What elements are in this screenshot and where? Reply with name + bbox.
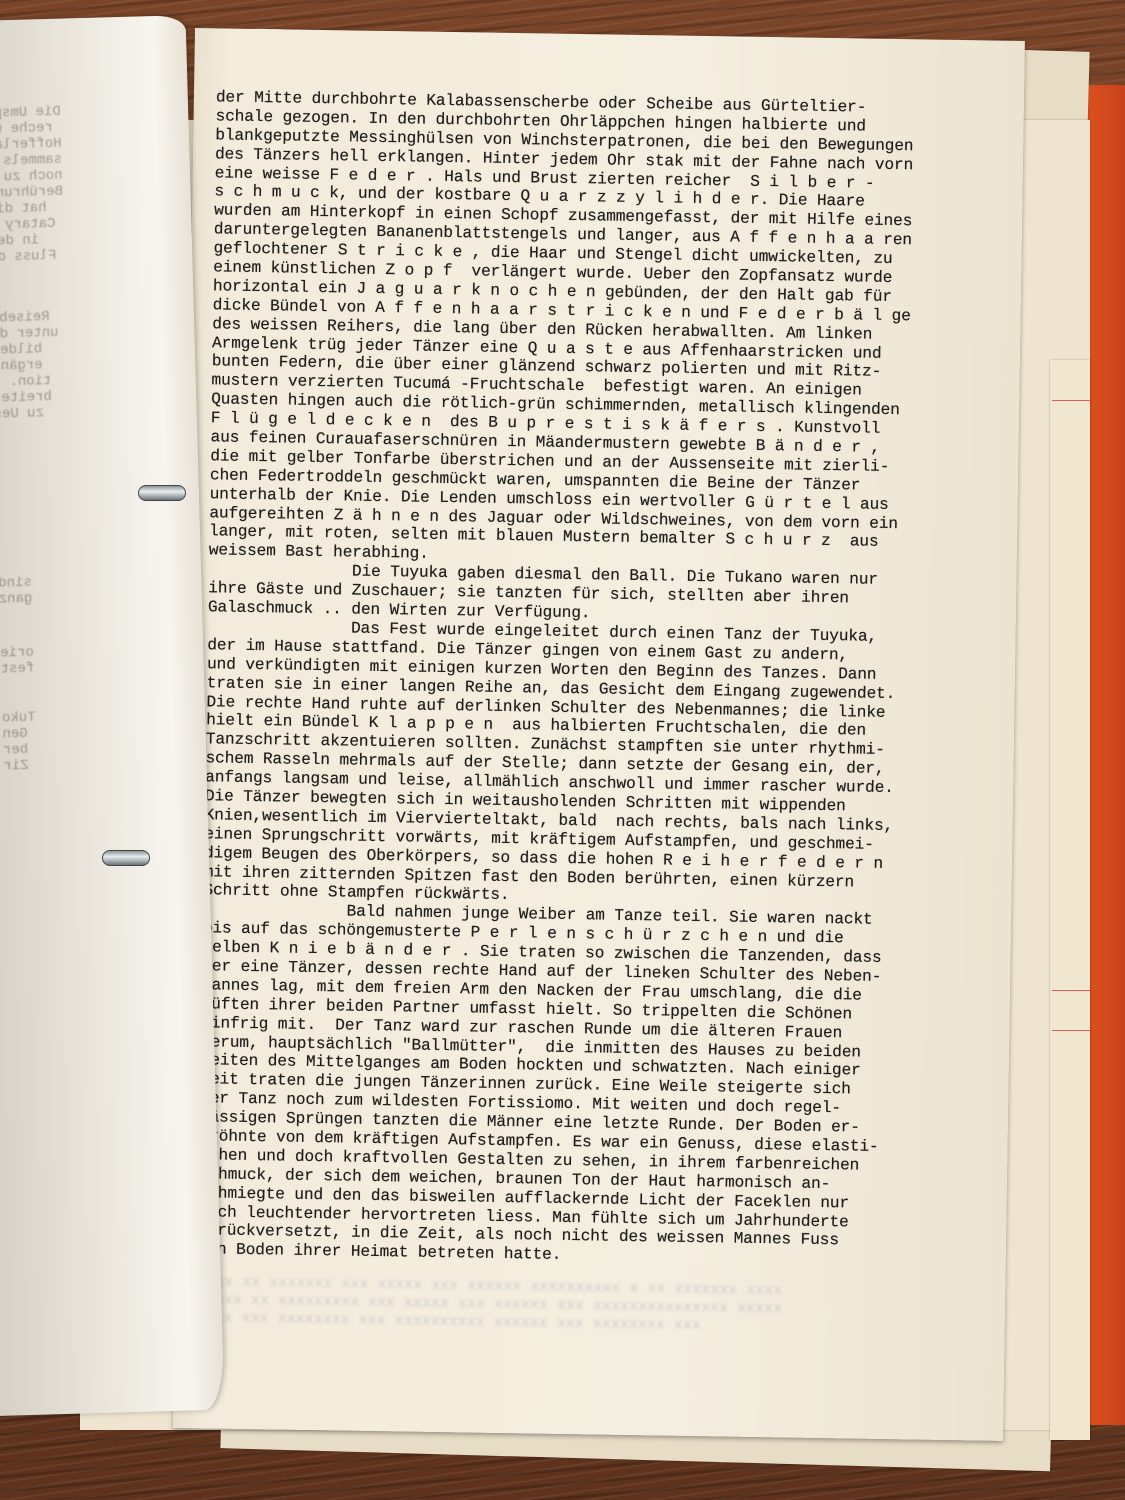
mirrored-text: Die Umspi reche um Hofferlag sammels w n… [0,102,109,265]
red-margin-line [1052,400,1090,401]
binder-ring [102,850,150,866]
page-text: der Mitte durchbohrte Kalabassenscherbe … [198,88,1016,1272]
mirrored-text: Reisebe unter de bildet ergänz tion. ( b… [0,307,114,422]
mirrored-text: orie fest [0,642,121,677]
binder-ring [138,485,186,501]
left-page-curled: Die Umspi reche um Hofferlag sammels w n… [0,15,224,1416]
mirrored-text: Tuko Gen ber Zir [2,707,124,774]
show-through-text: xxxx xx xxxxxxx xxx xxxxx xxx xxxxxx xxx… [197,1273,988,1339]
typewritten-page: der Mitte durchbohrte Kalabassenscherbe … [173,28,1025,1441]
red-margin-line [1052,990,1090,991]
mirrored-text: sind ganz [0,572,119,607]
paper-stack-edge [1050,360,1090,1440]
red-margin-line [1052,1030,1090,1031]
